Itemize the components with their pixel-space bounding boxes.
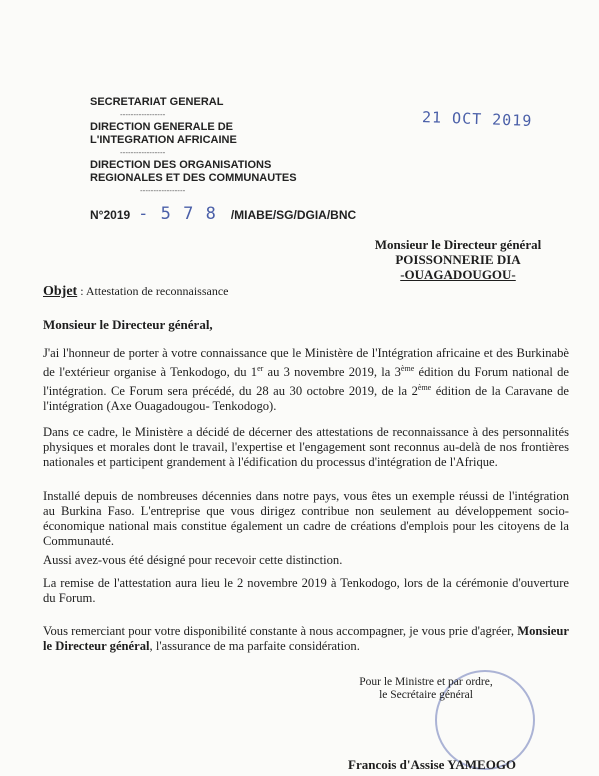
- header-integration-africaine: L'INTEGRATION AFRICAINE: [90, 134, 237, 147]
- header-direction-generale: DIRECTION GENERALE DE: [90, 121, 233, 134]
- paragraph-forum: J'ai l'honneur de porter à votre connais…: [43, 346, 569, 414]
- signature-line1: Pour le Ministre et par ordre,: [346, 676, 506, 689]
- header-separator: -----------------: [120, 149, 165, 157]
- header-separator: -----------------: [140, 187, 185, 195]
- subject-line: Objet : Attestation de reconnaissance: [43, 282, 229, 300]
- paragraph-attestations: Dans ce cadre, le Ministère a décidé de …: [43, 425, 569, 470]
- subject-label: Objet: [43, 284, 77, 299]
- salutation: Monsieur le Directeur général,: [43, 317, 213, 333]
- paragraph-closing: Vous remerciant pour votre disponibilité…: [43, 624, 569, 654]
- header-regionales-communautes: REGIONALES ET DES COMMUNAUTES: [90, 172, 297, 185]
- signature-block: Pour le Ministre et par ordre, le Secrét…: [346, 676, 506, 702]
- date-stamp: 21 OCT 2019: [422, 108, 533, 130]
- header-direction-organisations: DIRECTION DES ORGANISATIONS: [90, 159, 271, 172]
- reference-stamped-number: - 5 7 8: [138, 204, 217, 224]
- recipient-company: POISSONNERIE DIA: [343, 252, 573, 267]
- signature-line2: le Secrétaire général: [346, 689, 506, 702]
- subject-text: : Attestation de reconnaissance: [77, 284, 228, 298]
- paragraph-designation: Aussi avez-vous été désigné pour recevoi…: [43, 553, 569, 568]
- paragraph-ceremony: La remise de l'attestation aura lieu le …: [43, 576, 569, 606]
- reference-prefix: N°2019: [90, 209, 130, 222]
- header-separator: -----------------: [120, 111, 165, 119]
- header-secretariat: SECRETARIAT GENERAL: [90, 96, 223, 109]
- reference-suffix: /MIABE/SG/DGIA/BNC: [231, 209, 356, 222]
- recipient-city: -OUAGADOUGOU-: [343, 267, 573, 282]
- reference-number: N°2019 - 5 7 8 /MIABE/SG/DGIA/BNC: [90, 204, 356, 224]
- signatory-name: Francois d'Assise YAMEOGO: [348, 757, 516, 773]
- closing-end: , l'assurance de ma parfaite considérati…: [150, 639, 360, 653]
- paragraph-integration: Installé depuis de nombreuses décennies …: [43, 489, 569, 549]
- recipient-title: Monsieur le Directeur général: [343, 237, 573, 252]
- recipient-block: Monsieur le Directeur général POISSONNER…: [343, 237, 573, 282]
- closing-text: Vous remerciant pour votre disponibilité…: [43, 624, 517, 638]
